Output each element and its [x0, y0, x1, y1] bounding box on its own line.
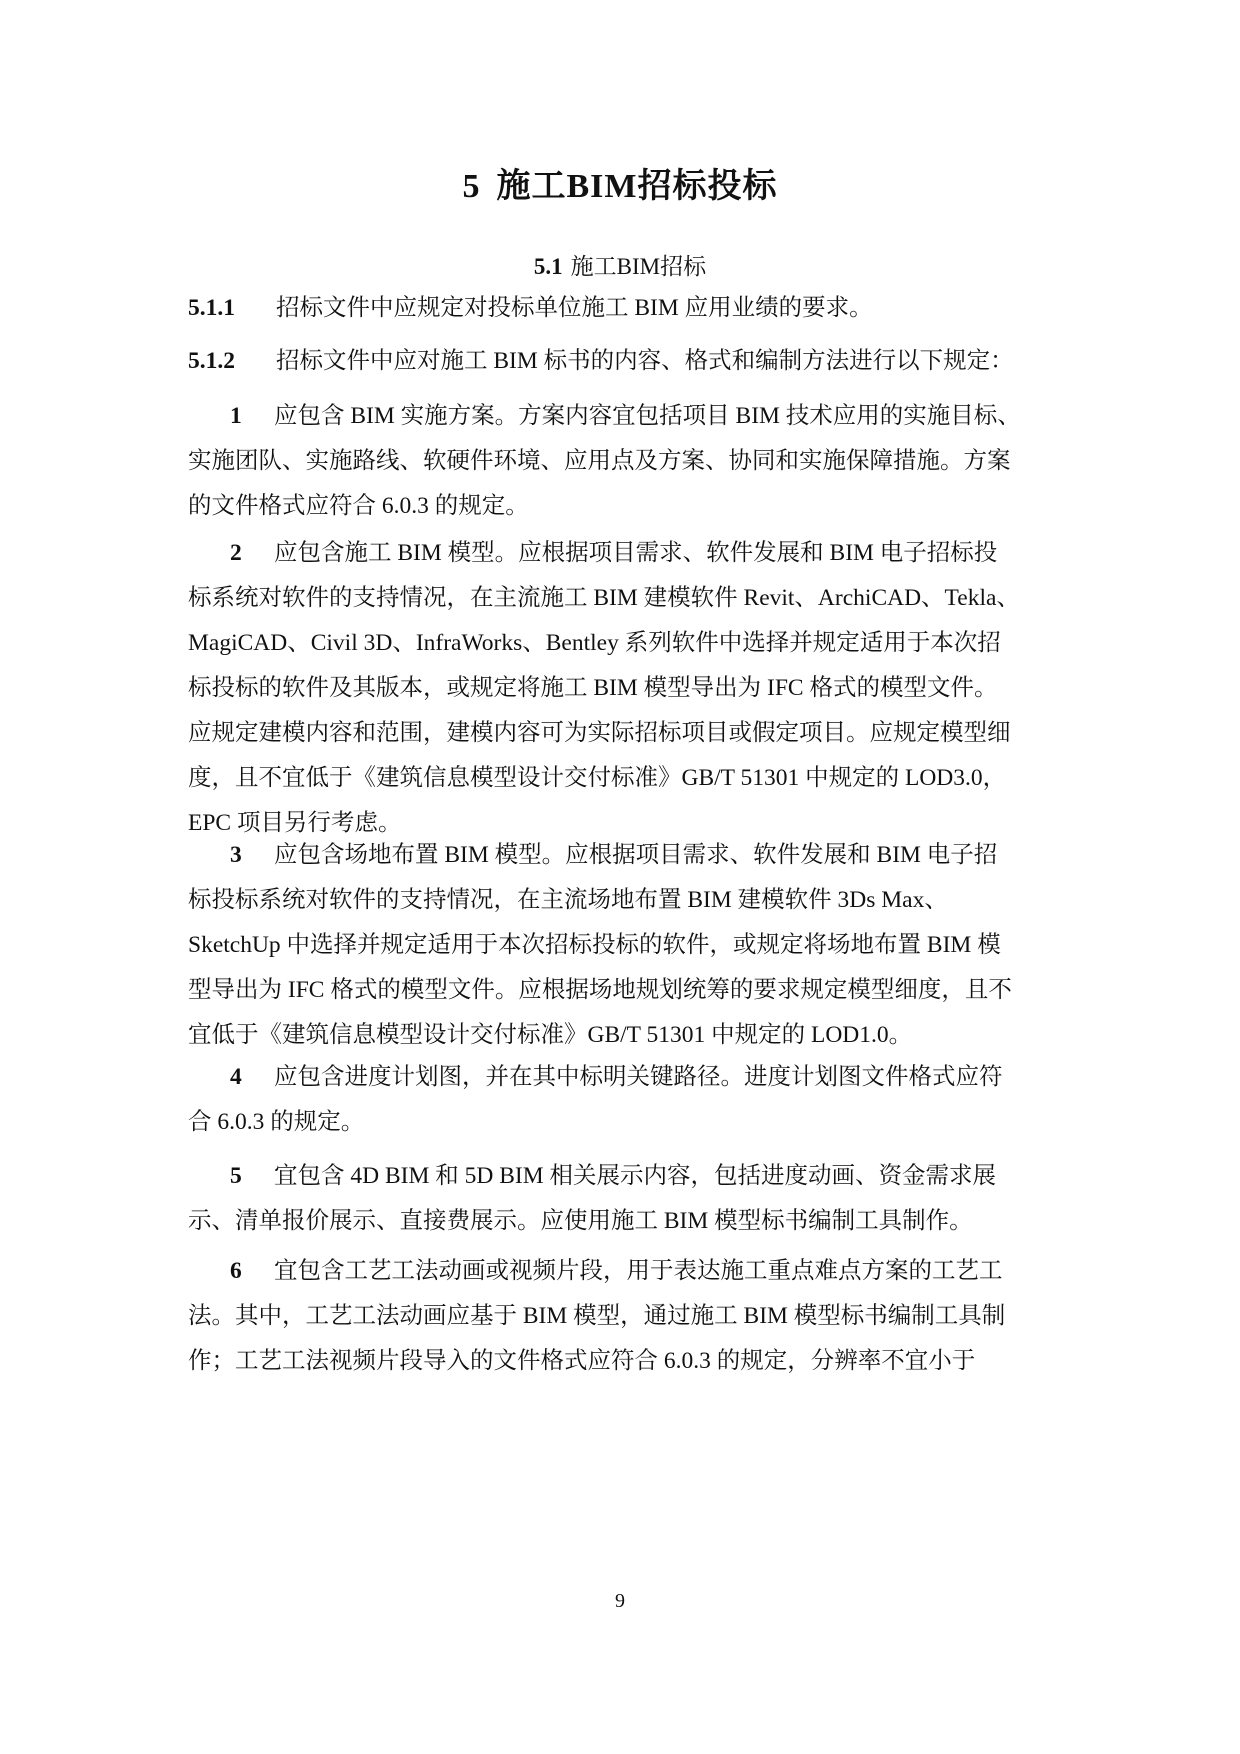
item-number: 4 [230, 1055, 274, 1100]
chapter-title: 5施工BIM招标投标 [0, 158, 1240, 207]
list-item-5: 5宜包含 4D BIM 和 5D BIM 相关展示内容，包括进度动画、资金需求展… [188, 1154, 1054, 1244]
clause-text: 招标文件中应规定对投标单位施工 BIM 应用业绩的要求。 [276, 295, 873, 321]
clause-5-1-2: 5.1.2招标文件中应对施工 BIM 标书的内容、格式和编制方法进行以下规定： [188, 339, 1054, 384]
section-title-text: 施工BIM招标 [571, 254, 706, 279]
item-number: 6 [230, 1249, 274, 1294]
item-line: 实施团队、实施路线、软硬件环境、应用点及方案、协同和实施保障措施。方案 [188, 439, 1054, 484]
list-item-2: 2应包含施工 BIM 模型。应根据项目需求、软件发展和 BIM 电子招标投 标系… [188, 531, 1054, 846]
item-line: 应包含 BIM 实施方案。方案内容宜包括项目 BIM 技术应用的实施目标、 [274, 403, 1021, 429]
item-line: 宜包含 4D BIM 和 5D BIM 相关展示内容，包括进度动画、资金需求展 [274, 1163, 996, 1189]
chapter-title-text: 施工BIM招标投标 [497, 168, 778, 205]
item-line: 标系统对软件的支持情况，在主流施工 BIM 建模软件 Revit、ArchiCA… [188, 576, 1054, 621]
item-line: 宜低于《建筑信息模型设计交付标准》GB/T 51301 中规定的 LOD1.0。 [188, 1013, 1054, 1058]
list-item-6: 6宜包含工艺工法动画或视频片段，用于表达施工重点难点方案的工艺工 法。其中，工艺… [188, 1249, 1054, 1384]
chapter-number: 5 [463, 168, 481, 205]
item-number: 2 [230, 531, 274, 576]
item-line: 应包含施工 BIM 模型。应根据项目需求、软件发展和 BIM 电子招标投 [274, 540, 997, 566]
list-item-3: 3应包含场地布置 BIM 模型。应根据项目需求、软件发展和 BIM 电子招 标投… [188, 833, 1054, 1058]
item-number: 3 [230, 833, 274, 878]
section-title: 5.1施工BIM招标 [0, 248, 1240, 281]
list-item-4: 4应包含进度计划图，并在其中标明关键路径。进度计划图文件格式应符 合 6.0.3… [188, 1055, 1054, 1145]
item-line: 型导出为 IFC 格式的模型文件。应根据场地规划统筹的要求规定模型细度，且不 [188, 968, 1054, 1013]
item-number: 5 [230, 1154, 274, 1199]
item-line: 标投标系统对软件的支持情况，在主流场地布置 BIM 建模软件 3Ds Max、 [188, 878, 1054, 923]
item-line: 标投标的软件及其版本，或规定将施工 BIM 模型导出为 IFC 格式的模型文件。 [188, 666, 1054, 711]
clause-number: 5.1.2 [188, 339, 276, 384]
clause-5-1-1: 5.1.1招标文件中应规定对投标单位施工 BIM 应用业绩的要求。 [188, 286, 1054, 331]
clause-number: 5.1.1 [188, 286, 276, 331]
item-line: 应包含场地布置 BIM 模型。应根据项目需求、软件发展和 BIM 电子招 [274, 842, 997, 868]
clause-text: 招标文件中应对施工 BIM 标书的内容、格式和编制方法进行以下规定： [276, 348, 1014, 374]
item-line: MagiCAD、Civil 3D、InfraWorks、Bentley 系列软件… [188, 621, 1054, 666]
section-number: 5.1 [534, 254, 563, 279]
item-line: 合 6.0.3 的规定。 [188, 1100, 1054, 1145]
item-line: 应包含进度计划图，并在其中标明关键路径。进度计划图文件格式应符 [274, 1064, 1003, 1090]
page-number: 9 [0, 1590, 1240, 1613]
item-line: 度，且不宜低于《建筑信息模型设计交付标准》GB/T 51301 中规定的 LOD… [188, 756, 1054, 801]
item-number: 1 [230, 394, 274, 439]
item-line: 的文件格式应符合 6.0.3 的规定。 [188, 484, 1054, 529]
document-page: 5施工BIM招标投标 5.1施工BIM招标 5.1.1招标文件中应规定对投标单位… [0, 0, 1240, 1754]
item-line: SketchUp 中选择并规定适用于本次招标投标的软件，或规定将场地布置 BIM… [188, 923, 1054, 968]
item-line: 法。其中，工艺工法动画应基于 BIM 模型，通过施工 BIM 模型标书编制工具制 [188, 1294, 1054, 1339]
item-line: 作；工艺工法视频片段导入的文件格式应符合 6.0.3 的规定，分辨率不宜小于 [188, 1339, 1054, 1384]
item-line: 应规定建模内容和范围，建模内容可为实际招标项目或假定项目。应规定模型细 [188, 711, 1054, 756]
list-item-1: 1应包含 BIM 实施方案。方案内容宜包括项目 BIM 技术应用的实施目标、 实… [188, 394, 1054, 529]
item-line: 宜包含工艺工法动画或视频片段，用于表达施工重点难点方案的工艺工 [274, 1258, 1003, 1284]
item-line: 示、清单报价展示、直接费展示。应使用施工 BIM 模型标书编制工具制作。 [188, 1199, 1054, 1244]
